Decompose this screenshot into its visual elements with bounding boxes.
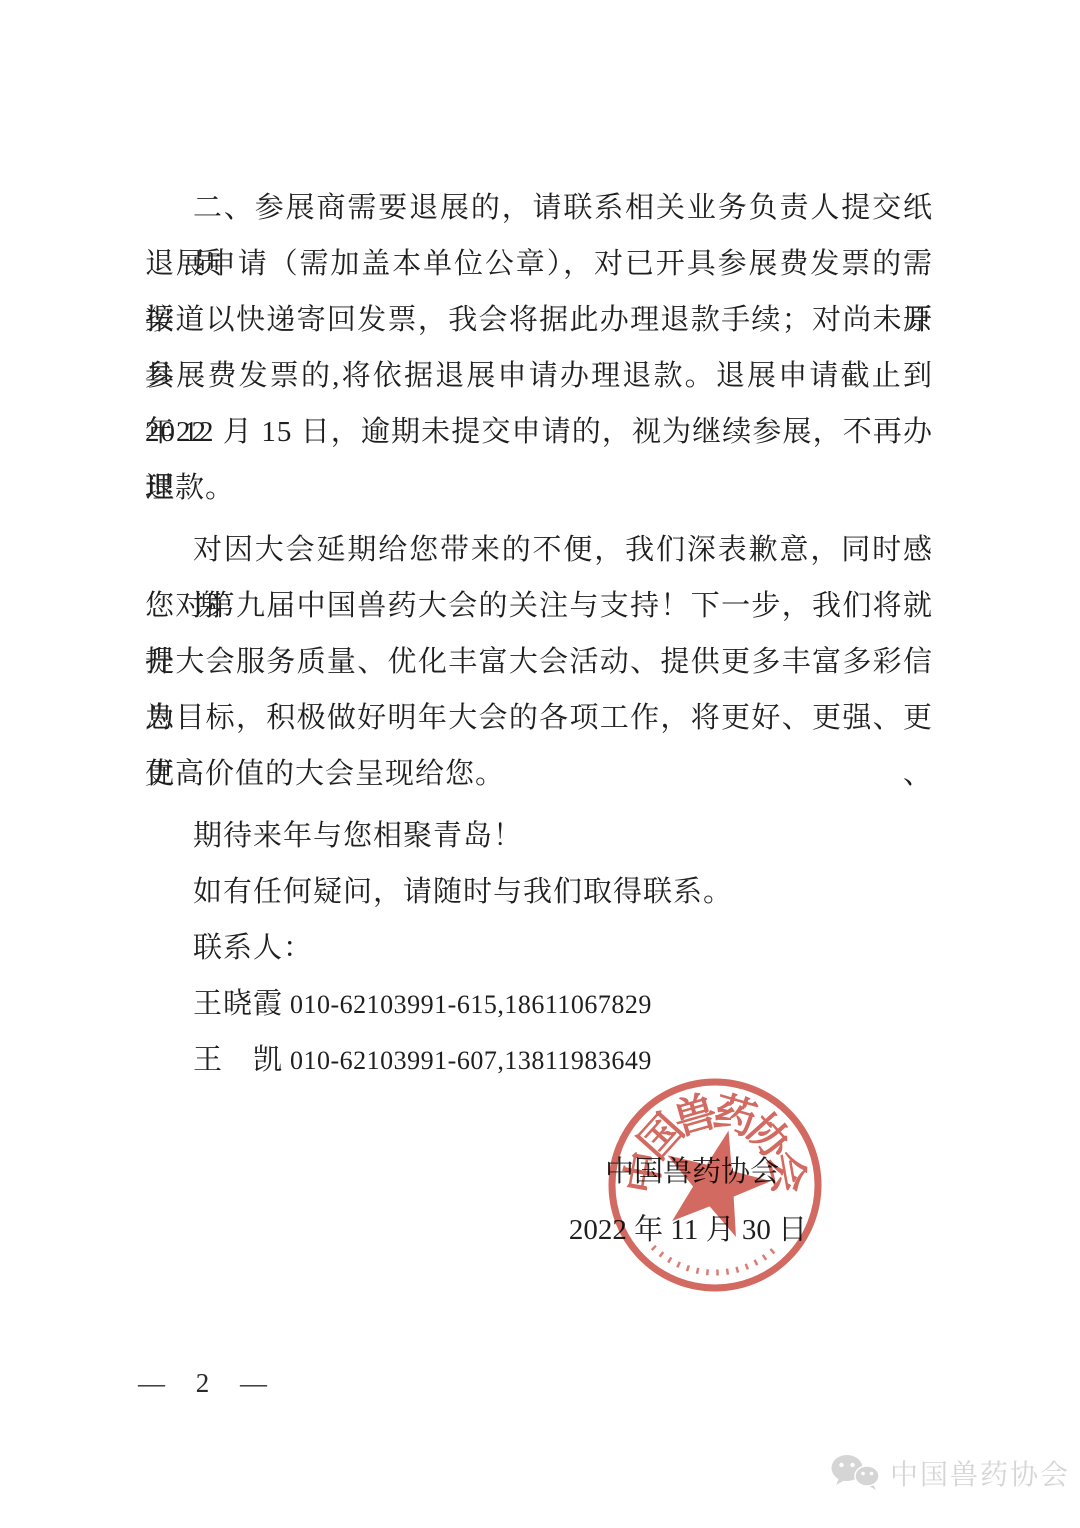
text-line: 退展申请（需加盖本单位公章），对已开具参展费发票的需按原: [145, 236, 933, 292]
wechat-watermark: 中国兽药协会: [830, 1453, 1070, 1493]
contact-phone: 010-62103991-615,18611067829: [290, 990, 652, 1019]
text-line: 退款。: [145, 460, 933, 516]
text-line: 对因大会延期给您带来的不便，我们深表歉意，同时感谢: [145, 522, 933, 578]
text-line: 如有任何疑问，请随时与我们取得联系。: [145, 864, 933, 920]
contact-phone: 010-62103991-607,13811983649: [290, 1046, 652, 1075]
svg-text:兽: 兽: [668, 1087, 722, 1145]
contact-name: 王 凯: [193, 1032, 290, 1088]
contact-name: 王晓霞: [193, 976, 290, 1032]
letter-body: 二、参展商需要退展的，请联系相关业务负责人提交纸质退展申请（需加盖本单位公章），…: [145, 180, 933, 1088]
signature-org: 中国兽药协会: [605, 1150, 775, 1194]
text-line: 二、参展商需要退展的，请联系相关业务负责人提交纸质: [145, 180, 933, 236]
svg-text:药: 药: [708, 1089, 761, 1145]
page-number: — 2 —: [138, 1368, 279, 1399]
signature-date: 2022 年 11 月 30 日: [558, 1208, 818, 1252]
text-line: 联系人：: [145, 920, 933, 976]
text-line: 渠道以快递寄回发票，我会将据此办理退款手续；对尚未开具: [145, 292, 933, 348]
text-line: 年 12 月 15 日，逾期未提交申请的，视为继续参展，不再办理: [145, 404, 933, 460]
text-line: 期待来年与您相聚青岛！: [145, 808, 933, 864]
text-line: 参展费发票的,将依据退展申请办理退款。退展申请截止到 2022: [145, 348, 933, 404]
contact-line: 王晓霞010-62103991-615,18611067829: [145, 976, 933, 1032]
text-line: 升大会服务质量、优化丰富大会活动、提供更多丰富多彩信息: [145, 634, 933, 690]
watermark-label: 中国兽药协会: [890, 1453, 1070, 1493]
contact-line: 王 凯010-62103991-607,13811983649: [145, 1032, 933, 1088]
text-line: 您对第九届中国兽药大会的关注与支持！下一步，我们将就提: [145, 578, 933, 634]
text-line: 为目标，积极做好明年大会的各项工作，将更好、更强、更优、: [145, 690, 933, 746]
wechat-icon: [830, 1453, 882, 1493]
document-page: 二、参展商需要退展的，请联系相关业务负责人提交纸质退展申请（需加盖本单位公章），…: [0, 0, 1080, 1528]
